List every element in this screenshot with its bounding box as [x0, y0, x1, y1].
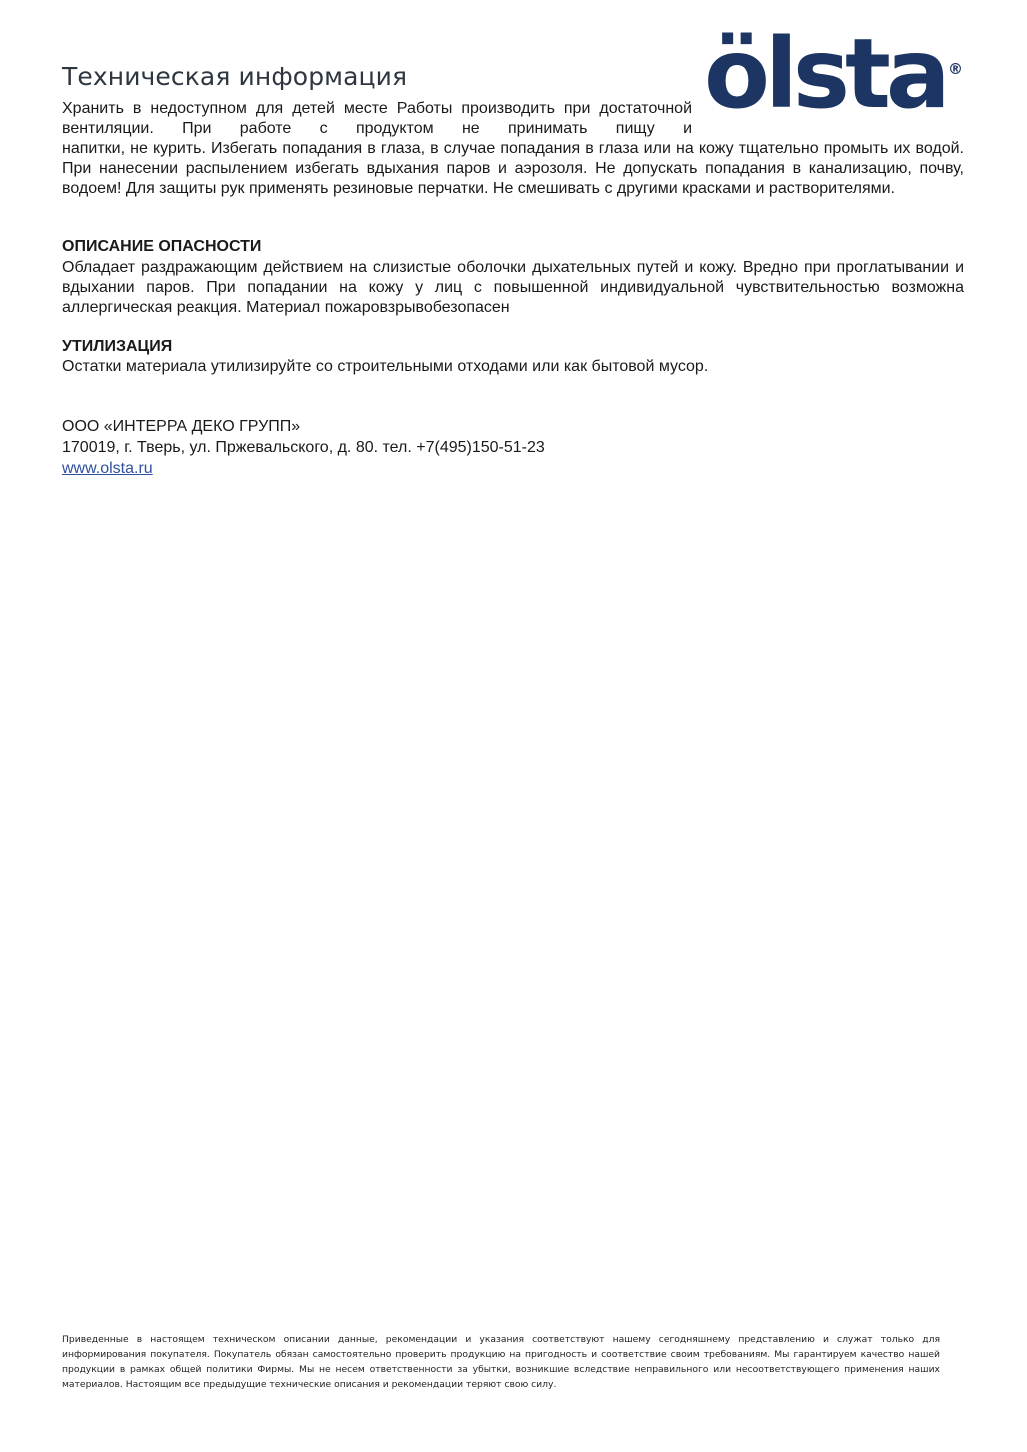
company-name: ООО «ИНТЕРРА ДЕКО ГРУПП» — [62, 416, 545, 437]
hazard-description: Обладает раздражающим действием на слизи… — [62, 258, 964, 318]
document-page: Техническая информация ölsta ® Хранить в… — [0, 0, 1027, 1452]
contact-block: ООО «ИНТЕРРА ДЕКО ГРУПП» 170019, г. Твер… — [62, 416, 545, 479]
website-link[interactable]: www.olsta.ru — [62, 460, 153, 477]
disposal-description: Остатки материала утилизируйте со строит… — [62, 357, 964, 377]
page-title: Техническая информация — [62, 62, 407, 91]
hazard-heading: ОПИСАНИЕ ОПАСНОСТИ — [62, 237, 261, 257]
company-address: 170019, г. Тверь, ул. Пржевальского, д. … — [62, 437, 545, 458]
footer-disclaimer: Приведенные в настоящем техническом опис… — [62, 1332, 940, 1392]
intro-paragraph-part-2: напитки, не курить. Избегать попадания в… — [62, 139, 964, 199]
intro-paragraph-part-1: Хранить в недоступном для детей месте Ра… — [62, 99, 692, 139]
registered-mark-icon: ® — [948, 60, 963, 78]
logo-wordmark: ölsta — [704, 26, 946, 122]
olsta-logo: ölsta ® — [700, 20, 970, 135]
disposal-heading: УТИЛИЗАЦИЯ — [62, 337, 172, 357]
